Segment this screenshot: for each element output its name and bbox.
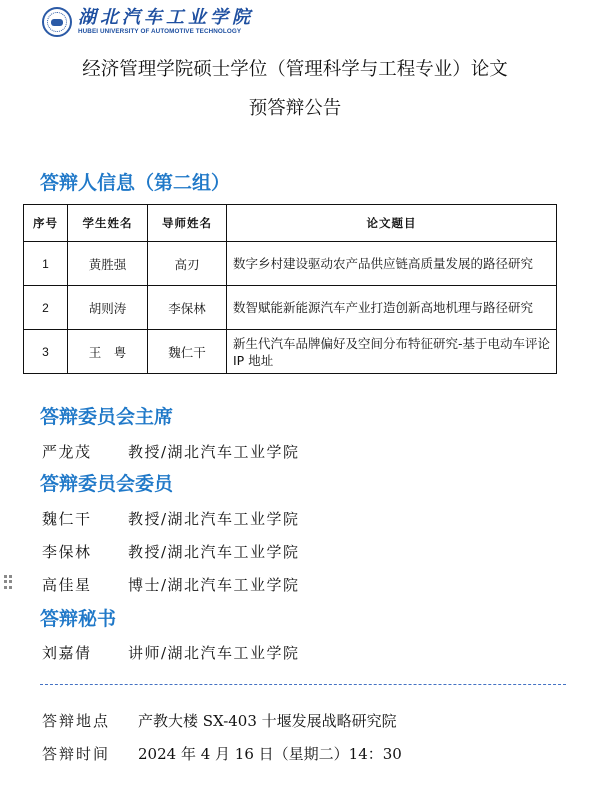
dashed-divider	[40, 684, 566, 685]
person-role: 教授/湖北汽车工业学院	[128, 508, 300, 530]
person-role: 讲师/湖北汽车工业学院	[128, 642, 300, 664]
thesis-title: 数字乡村建设驱动农产品供应链高质量发展的路径研究	[227, 242, 557, 286]
person-name: 严龙茂	[42, 441, 128, 463]
column-header-advisor: 导师姓名	[148, 205, 227, 242]
defense-time: 答辩时间 2024 年 4 月 16 日（星期二）14：30	[42, 743, 402, 765]
column-header-student: 学生姓名	[68, 205, 148, 242]
logo-english-name: HUBEI UNIVERSITY OF AUTOMOTIVE TECHNOLOG…	[78, 28, 254, 36]
student-name: 黄胜强	[68, 242, 148, 286]
committee-chair-entry: 严龙茂 教授/湖北汽车工业学院	[42, 441, 300, 463]
table-row: 2 胡则涛 李保林 数智赋能新能源汽车产业打造创新高地机理与路径研究	[24, 286, 557, 330]
university-logo: 湖北汽车工业学院 HUBEI UNIVERSITY OF AUTOMOTIVE …	[42, 7, 254, 37]
advisor-name: 李保林	[148, 286, 227, 330]
advisor-name: 魏仁干	[148, 330, 227, 374]
thesis-title: 新生代汽车品牌偏好及空间分布特征研究-基于电动车评论 IP 地址	[227, 330, 557, 374]
committee-members-heading: 答辩委员会委员	[40, 471, 173, 497]
person-role: 博士/湖北汽车工业学院	[128, 574, 300, 596]
row-number: 1	[24, 242, 68, 286]
person-name: 魏仁干	[42, 508, 128, 530]
table-row: 3 王 粤 魏仁干 新生代汽车品牌偏好及空间分布特征研究-基于电动车评论 IP …	[24, 330, 557, 374]
thesis-title: 数智赋能新能源汽车产业打造创新高地机理与路径研究	[227, 286, 557, 330]
committee-member-entry: 高佳星 博士/湖北汽车工业学院	[42, 574, 300, 596]
person-name: 高佳星	[42, 574, 128, 596]
defendants-heading: 答辩人信息（第二组）	[40, 170, 230, 196]
student-name: 王 粤	[68, 330, 148, 374]
person-name: 刘嘉倩	[42, 642, 128, 664]
committee-chair-heading: 答辩委员会主席	[40, 404, 173, 430]
logo-chinese-name: 湖北汽车工业学院	[78, 8, 254, 28]
document-title-line2: 预答辩公告	[0, 95, 590, 123]
person-role: 教授/湖北汽车工业学院	[128, 441, 300, 463]
column-header-no: 序号	[24, 205, 68, 242]
person-role: 教授/湖北汽车工业学院	[128, 541, 300, 563]
defendants-table: 序号 学生姓名 导师姓名 论文题目 1 黄胜强 高刃 数字乡村建设驱动农产品供应…	[23, 204, 557, 374]
time-value: 2024 年 4 月 16 日（星期二）14：30	[138, 743, 402, 765]
person-name: 李保林	[42, 541, 128, 563]
committee-member-entry: 李保林 教授/湖北汽车工业学院	[42, 541, 300, 563]
row-number: 3	[24, 330, 68, 374]
table-header-row: 序号 学生姓名 导师姓名 论文题目	[24, 205, 557, 242]
column-header-thesis-title: 论文题目	[227, 205, 557, 242]
row-number: 2	[24, 286, 68, 330]
university-seal-icon	[42, 7, 72, 37]
committee-member-entry: 魏仁干 教授/湖北汽车工业学院	[42, 508, 300, 530]
document-title-line1: 经济管理学院硕士学位（管理科学与工程专业）论文	[0, 56, 590, 84]
defense-location: 答辩地点 产教大楼 SX-403 十堰发展战略研究院	[42, 710, 397, 732]
secretary-entry: 刘嘉倩 讲师/湖北汽车工业学院	[42, 642, 300, 664]
advisor-name: 高刃	[148, 242, 227, 286]
secretary-heading: 答辩秘书	[40, 606, 116, 632]
table-row: 1 黄胜强 高刃 数字乡村建设驱动农产品供应链高质量发展的路径研究	[24, 242, 557, 286]
student-name: 胡则涛	[68, 286, 148, 330]
drag-handle-icon[interactable]	[4, 575, 12, 589]
location-label: 答辩地点	[42, 710, 138, 732]
location-value: 产教大楼 SX-403 十堰发展战略研究院	[138, 710, 397, 732]
time-label: 答辩时间	[42, 743, 138, 765]
